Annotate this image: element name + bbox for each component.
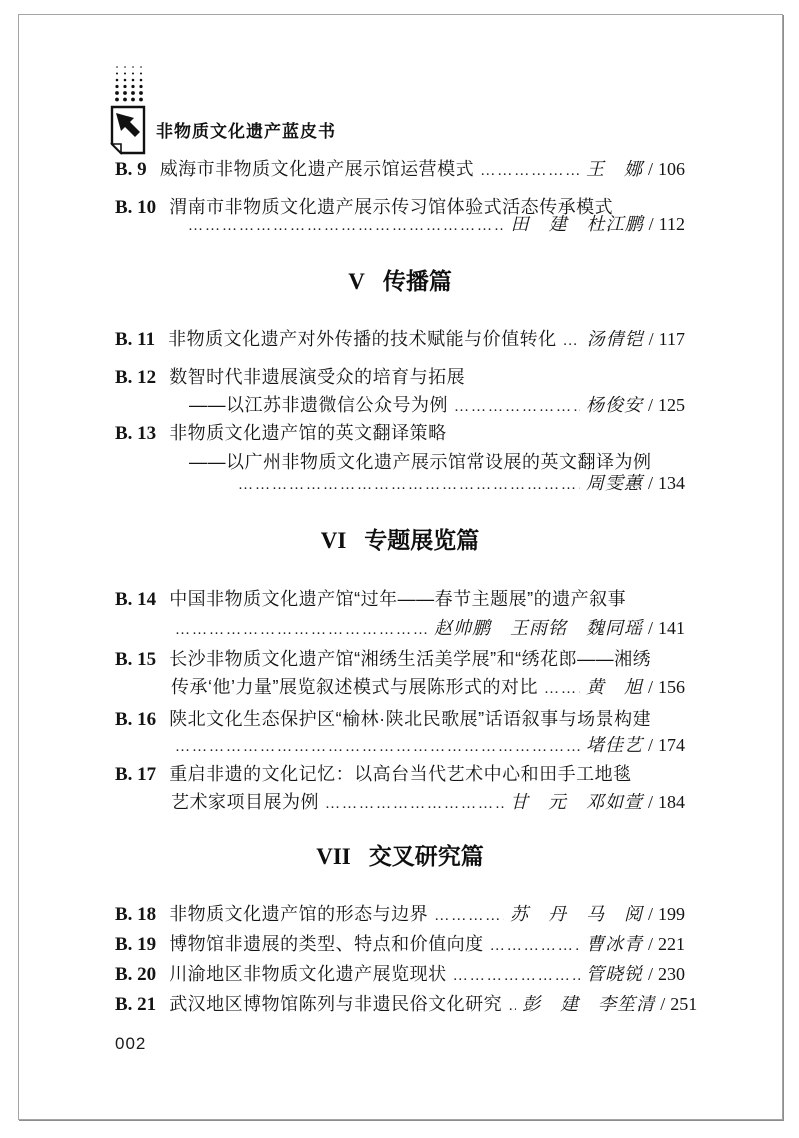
toc-entry-ref: 黄 旭/156	[586, 672, 685, 702]
toc-entry-authors: 苏 丹 马 阅	[510, 904, 643, 924]
toc-entry-page: 134	[658, 473, 685, 493]
toc-entry-ref: 曹冰青/221	[586, 929, 685, 959]
toc-leader-line: ……………………………………………………………………………………………………………	[115, 209, 685, 239]
toc-entry-ref: 赵帅鹏 王雨铭 魏同瑶/141	[434, 613, 685, 643]
toc-entry-authors: 彭 建 李笙清	[522, 994, 655, 1014]
toc-entry-title: 长沙非物质文化遗产馆“湘绣生活美学展”和“绣花郎——湘绣	[169, 644, 651, 674]
leader-dots: ……………………………………………………………………………………………………………	[175, 732, 580, 762]
page-separator: /	[648, 735, 653, 755]
toc-entry-title: 非物质文化遗产馆的英文翻译策略	[169, 418, 447, 448]
page-separator: /	[648, 964, 653, 984]
page-separator: /	[648, 677, 653, 697]
section-numeral: VII	[316, 844, 351, 869]
toc-entry-number: B. 14	[115, 585, 156, 615]
page-separator: /	[648, 473, 653, 493]
toc-entry-ref: 杨俊安/125	[586, 390, 685, 420]
toc-entry-title: 数智时代非遗展演受众的培育与拓展	[169, 362, 465, 392]
toc-leader-line: ……………………………………………………………………………………………………………	[115, 730, 685, 760]
toc-entry-page: 199	[658, 904, 685, 924]
table-of-contents: B. 9 威海市非物质文化遗产展示馆运营模式 ………………………………………………	[115, 0, 685, 1138]
toc-entry-ref: 田 建 杜江鹏/112	[511, 209, 685, 239]
toc-entry: B. 11 非物质文化遗产对外传播的技术赋能与价值转化 …………………………………	[115, 324, 685, 354]
toc-entry: B. 18 非物质文化遗产馆的形态与边界 ……………………………………………………	[115, 899, 685, 929]
toc-entry-title: 非物质文化遗产对外传播的技术赋能与价值转化	[168, 324, 557, 354]
toc-entry: B. 21 武汉地区博物馆陈列与非遗民俗文化研究 …………………………………………	[115, 989, 685, 1019]
toc-leader-line: ……………………………………………………………………………………………………………	[115, 468, 685, 498]
toc-entry-authors: 曹冰青	[586, 934, 643, 954]
toc-entry-authors: 黄 旭	[586, 677, 643, 697]
toc-entry-number: B. 21	[115, 990, 156, 1020]
toc-entry-authors: 堵佳艺	[586, 735, 643, 755]
section-title: 专题展览篇	[364, 527, 479, 553]
leader-dots: ……………………………………………………………………………………………………………	[175, 615, 428, 645]
toc-entry-page: 117	[659, 329, 685, 349]
toc-entry-page: 141	[658, 618, 685, 638]
toc-entry-authors: 周雯蕙	[586, 473, 643, 493]
toc-entry-authors: 赵帅鹏 王雨铭 魏同瑶	[434, 618, 643, 638]
section-numeral: V	[348, 269, 365, 294]
toc-entry-number: B. 17	[115, 760, 156, 790]
section-heading: VII交叉研究篇	[115, 840, 685, 872]
leader-dots: ……………………………………………………………………………………………………………	[188, 211, 505, 241]
toc-entry: B. 12 数智时代非遗展演受众的培育与拓展	[115, 362, 685, 392]
toc-entry-title: 非物质文化遗产馆的形态与边界	[169, 899, 428, 929]
section-numeral: VI	[321, 528, 347, 553]
toc-entry-title: 川渝地区非物质文化遗产展览现状	[169, 959, 447, 989]
toc-entry-ref: 彭 建 李笙清/251	[522, 989, 697, 1019]
leader-dots: ……………………………………………………………………………………………………………	[325, 789, 504, 819]
toc-entry-page: 184	[658, 792, 685, 812]
toc-entry-title: 威海市非物质文化遗产展示馆运营模式	[160, 154, 475, 184]
toc-entry-number: B. 19	[115, 930, 156, 960]
toc-entry-title-cont: 传承‘他’力量”展览叙述模式与展陈形式的对比	[171, 672, 538, 702]
toc-entry-authors: 管晓锐	[586, 964, 643, 984]
toc-entry: B. 13 非物质文化遗产馆的英文翻译策略	[115, 418, 685, 448]
toc-entry-page: 106	[658, 159, 685, 179]
section-heading: VI专题展览篇	[115, 524, 685, 556]
toc-entry-ref: 周雯蕙/134	[586, 468, 685, 498]
toc-entry-number: B. 18	[115, 900, 156, 930]
toc-entry-title-cont: 艺术家项目展为例	[171, 787, 319, 817]
toc-entry-authors: 甘 元 邓如萱	[510, 792, 643, 812]
toc-entry-title: 中国非物质文化遗产馆“过年——春节主题展”的遗产叙事	[169, 584, 626, 614]
toc-entry-authors: 杨俊安	[586, 395, 643, 415]
toc-entry: B. 9 威海市非物质文化遗产展示馆运营模式 ………………………………………………	[115, 154, 685, 184]
toc-entry-page: 125	[658, 395, 685, 415]
toc-entry-number: B. 12	[115, 363, 156, 393]
toc-entry-ref: 甘 元 邓如萱/184	[510, 787, 685, 817]
toc-entry-title: 博物馆非遗展的类型、特点和价值向度	[169, 929, 484, 959]
leader-dots: ……………………………………………………………………………………………………………	[238, 470, 580, 500]
toc-entry-subtitle: ——以江苏非遗微信公众号为例	[189, 390, 448, 420]
leader-dots: ……………………………………………………………………………………………………………	[453, 961, 580, 991]
toc-leader-line: ……………………………………………………………………………………………………………	[115, 613, 685, 643]
toc-entry-number: B. 13	[115, 419, 156, 449]
toc-entry-number: B. 9	[115, 155, 147, 185]
toc-entry-authors: 王 娜	[586, 159, 643, 179]
toc-entry: B. 17 重启非遗的文化记忆：以高台当代艺术中心和田手工地毯	[115, 759, 685, 789]
leader-dots: ……………………………………………………………………………………………………………	[544, 674, 580, 704]
page-separator: /	[648, 934, 653, 954]
toc-entry-ref: 堵佳艺/174	[586, 730, 685, 760]
section-title: 传播篇	[383, 268, 452, 294]
toc-entry-ref: 苏 丹 马 阅/199	[510, 899, 685, 929]
toc-entry-subtitle-line: ——以江苏非遗微信公众号为例 ……………………………………………………………………	[115, 390, 685, 420]
page-separator: /	[648, 159, 653, 179]
page-separator: /	[648, 618, 653, 638]
page-number: 002	[115, 1034, 146, 1054]
page-separator: /	[648, 904, 653, 924]
toc-entry-page: 251	[670, 994, 697, 1014]
toc-entry-ref: 王 娜/106	[586, 154, 685, 184]
toc-entry-page: 230	[658, 964, 685, 984]
leader-dots: ……………………………………………………………………………………………………………	[508, 991, 516, 1021]
leader-dots: ……………………………………………………………………………………………………………	[434, 901, 504, 931]
toc-entry-ref: 管晓锐/230	[586, 959, 685, 989]
leader-dots: ……………………………………………………………………………………………………………	[480, 156, 580, 186]
leader-dots: ……………………………………………………………………………………………………………	[563, 326, 581, 356]
leader-dots: ……………………………………………………………………………………………………………	[490, 931, 580, 961]
page-separator: /	[648, 395, 653, 415]
toc-entry: B. 20 川渝地区非物质文化遗产展览现状 …………………………………………………	[115, 959, 685, 989]
toc-entry-page: 174	[658, 735, 685, 755]
section-heading: V传播篇	[115, 265, 685, 297]
toc-entry-number: B. 11	[115, 325, 155, 355]
toc-entry-authors: 田 建 杜江鹏	[511, 214, 644, 234]
toc-entry: B. 19 博物馆非遗展的类型、特点和价值向度 ……………………………………………	[115, 929, 685, 959]
toc-entry-authors: 汤倩铠	[587, 329, 644, 349]
section-title: 交叉研究篇	[369, 843, 484, 869]
toc-entry-ref: 汤倩铠/117	[587, 324, 685, 354]
toc-entry: B. 14 中国非物质文化遗产馆“过年——春节主题展”的遗产叙事	[115, 584, 685, 614]
toc-entry-number: B. 20	[115, 960, 156, 990]
toc-entry-title: 重启非遗的文化记忆：以高台当代艺术中心和田手工地毯	[169, 759, 632, 789]
toc-entry-continuation: 传承‘他’力量”展览叙述模式与展陈形式的对比 ………………………………………………	[115, 672, 685, 702]
toc-entry: B. 15 长沙非物质文化遗产馆“湘绣生活美学展”和“绣花郎——湘绣	[115, 644, 685, 674]
page-separator: /	[649, 329, 654, 349]
page-separator: /	[660, 994, 665, 1014]
toc-entry-number: B. 15	[115, 645, 156, 675]
toc-entry-title: 武汉地区博物馆陈列与非遗民俗文化研究	[169, 989, 502, 1019]
toc-entry-page: 156	[658, 677, 685, 697]
page-separator: /	[648, 792, 653, 812]
page-separator: /	[649, 214, 654, 234]
toc-entry-page: 221	[658, 934, 685, 954]
toc-entry-continuation: 艺术家项目展为例 ……………………………………………………………………………………	[115, 787, 685, 817]
toc-entry-page: 112	[659, 214, 685, 234]
